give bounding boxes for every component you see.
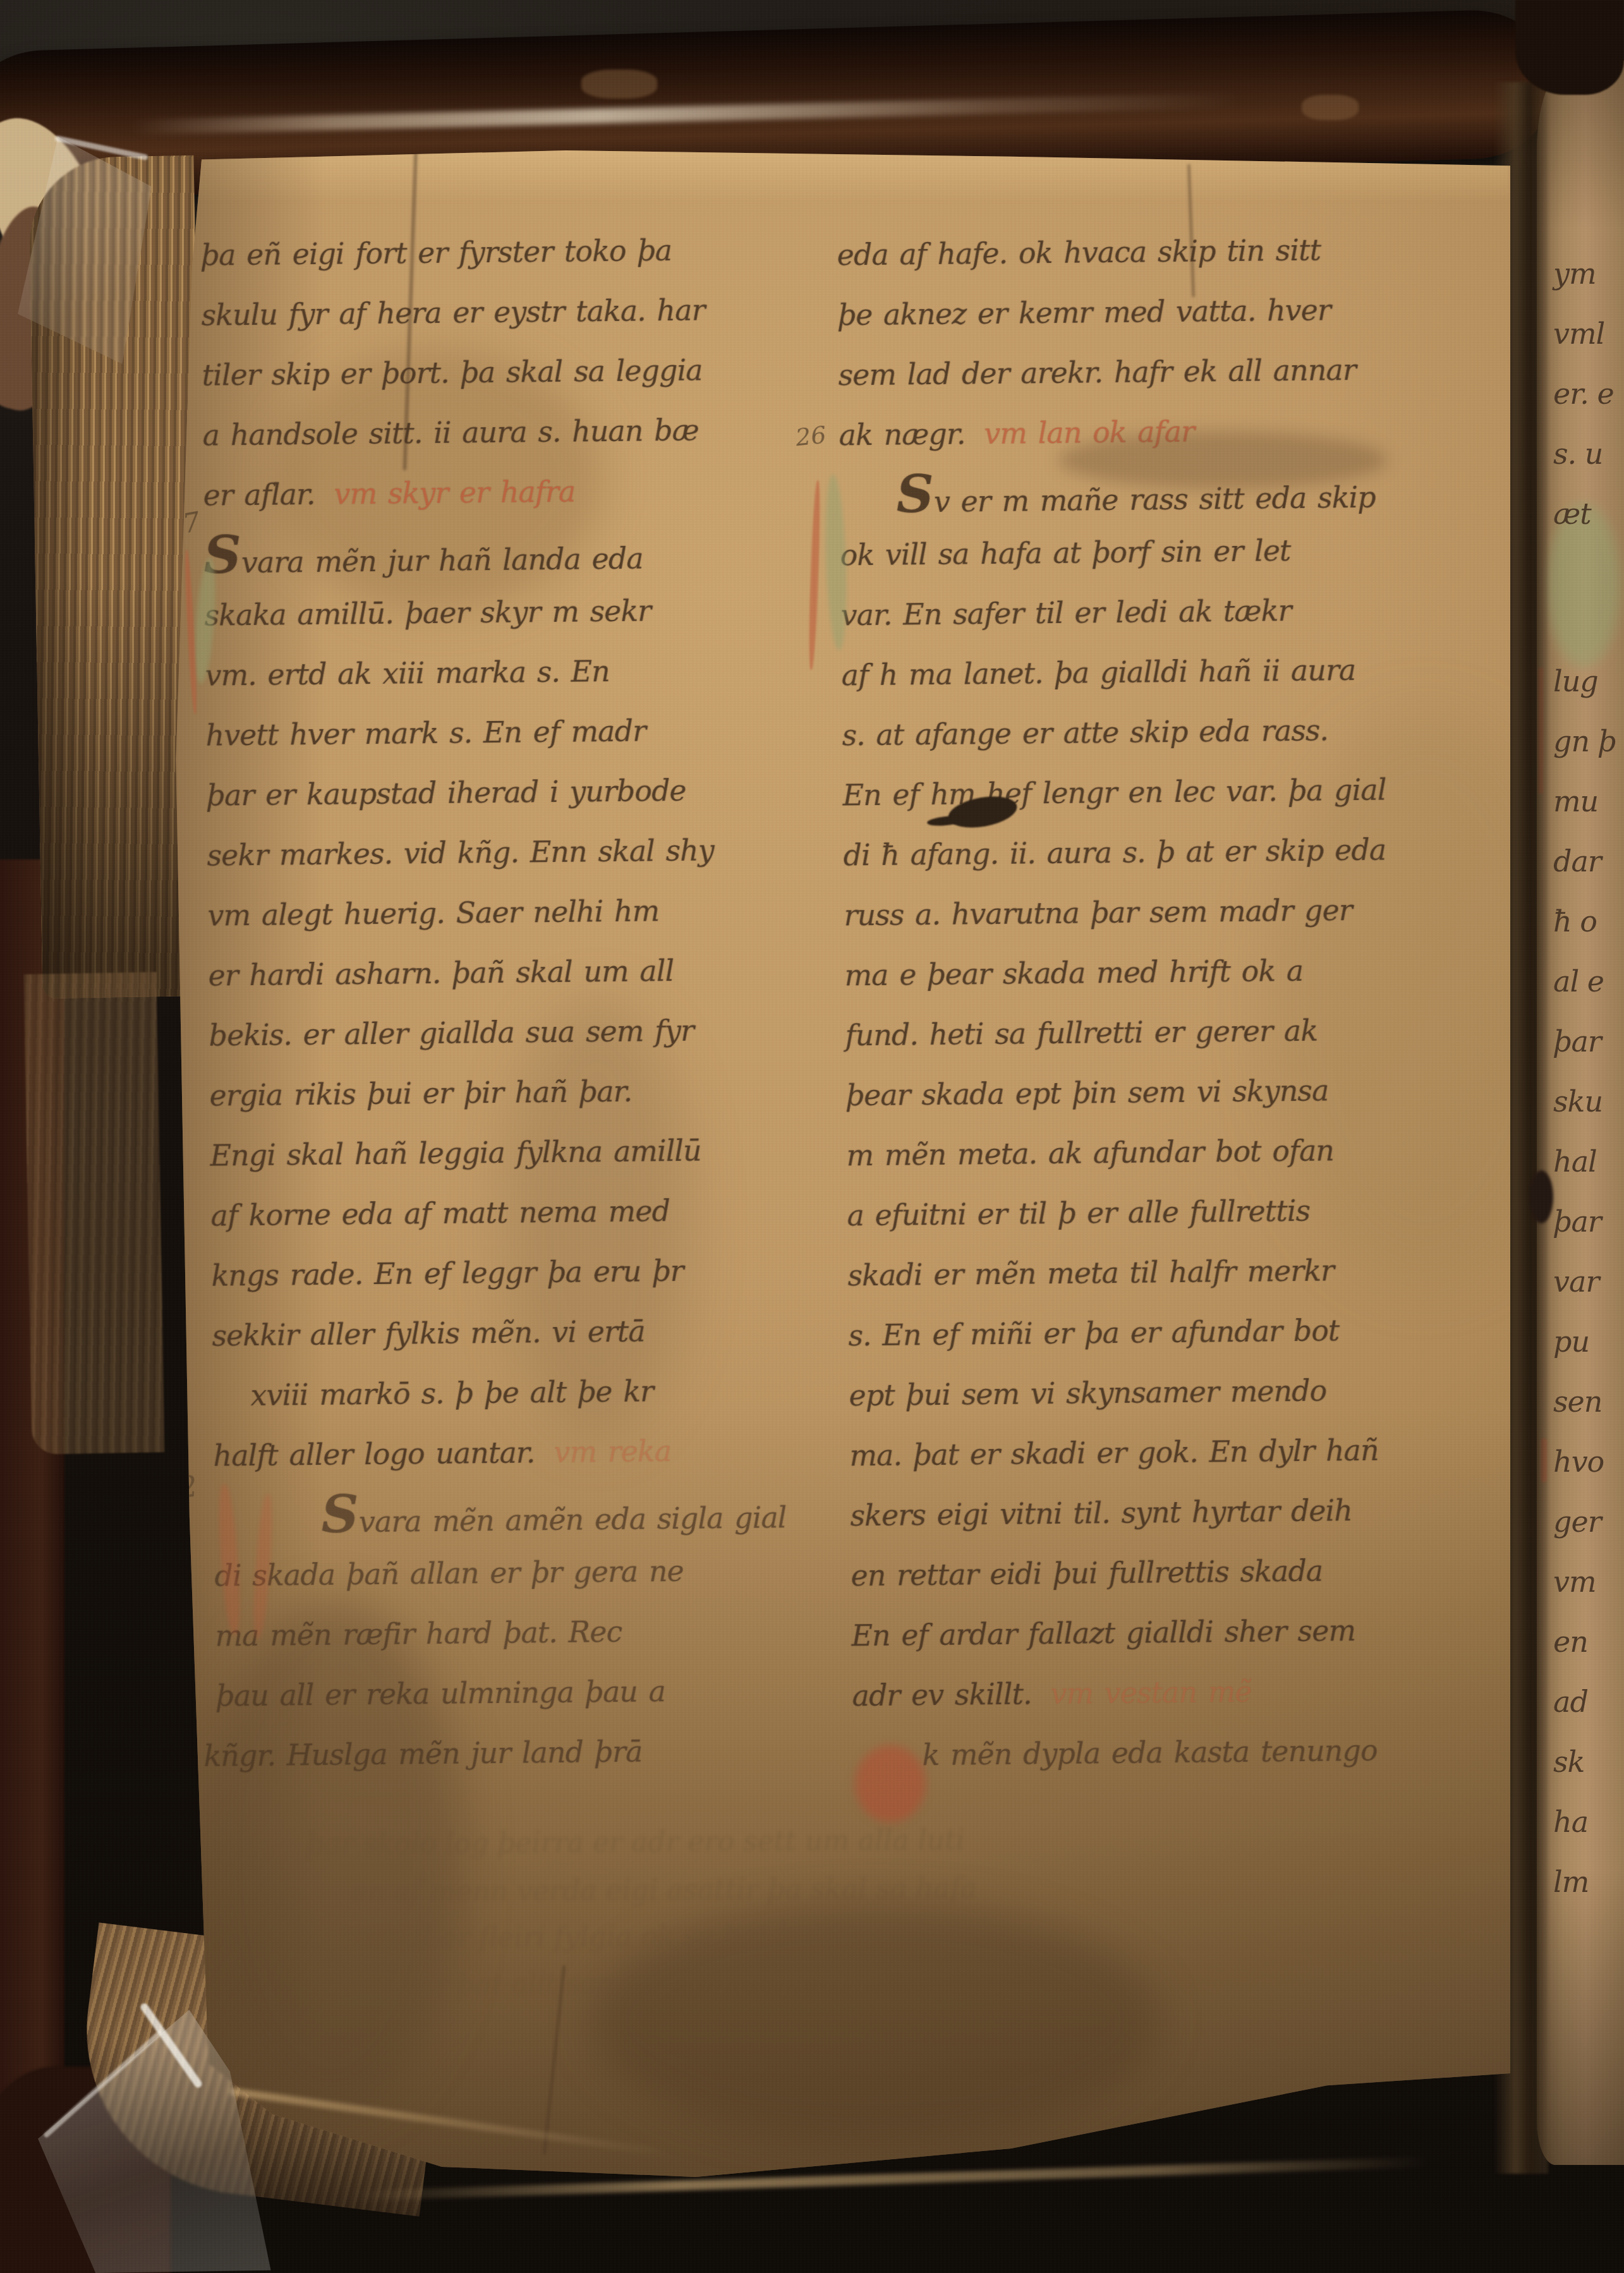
line-ink: skadi er mẽn meta til halfr merkr <box>847 1253 1334 1292</box>
manuscript-line: adr ev skillt.vm vestan mẽ <box>852 1660 1396 1726</box>
line-ink: m mẽn meta. ak afundar bot ofan <box>846 1133 1334 1172</box>
manuscript-line: skaka amillū. þaer skyr m sekr <box>204 579 777 645</box>
manuscript-line: þe aknez er kemr med vatta. hver <box>837 280 1381 346</box>
manuscript-line: ma mẽn ræfir hard þat. Rec <box>215 1600 788 1666</box>
line-ink: þear skada ept þin sem vi skynsa <box>845 1073 1328 1112</box>
line-ink: sem lad der arekr. hafr ek all annar <box>838 353 1356 392</box>
leather-worn-patch <box>581 70 657 99</box>
chapter-start-line: Svara mẽn jur hañ landa eda <box>203 519 777 585</box>
chapter-number-26: 26 <box>794 421 828 452</box>
manuscript-line: en rettar eidi þui fullrettis skada <box>851 1540 1395 1606</box>
line-ink: ma e þear skada med hrift ok a <box>844 954 1303 993</box>
edge-fragment: dar <box>1553 832 1616 892</box>
line-ink: k mẽn dypla eda kasta tenungo <box>922 1733 1378 1773</box>
green-stain <box>1547 503 1620 667</box>
manuscript-line: En ef hm hef lengr en lec var. þa gial <box>842 760 1386 826</box>
edge-fragment: vm <box>1553 1552 1616 1612</box>
manuscript-line: halft aller logo uantar.vm reka <box>213 1420 786 1486</box>
edge-fragment: þar <box>1553 1012 1616 1072</box>
edge-fragment: lug <box>1553 652 1616 712</box>
manuscript-line: di skada þañ allan er þr gera ne <box>214 1540 787 1606</box>
line-ink: a efuitni er til þ er alle fullrettis <box>847 1194 1310 1233</box>
ghost-text-line: þar skolo log þeirra er adr ero sett um … <box>306 1824 965 1860</box>
edge-fragment: pu <box>1553 1312 1616 1372</box>
line-ink: Svara mẽn amẽn eda sigla gial <box>321 1500 786 1539</box>
manuscript-line: hvett hver mark s. En ef madr <box>205 700 779 765</box>
manuscript-line: Engi skal hañ leggia fylkna amillū <box>210 1120 783 1185</box>
manuscript-line: tiler skip er þort. þa skal sa leggia <box>202 339 775 405</box>
edge-fragment: sen <box>1553 1372 1616 1432</box>
line-ink: sekkir aller fylkis mẽn. vi ertā <box>212 1314 645 1353</box>
next-page-sliver: ym vml er. e s. u æt lug gn þ mu dar ħ o… <box>1537 61 1624 2165</box>
line-rubric: vm vestan mẽ <box>1050 1675 1252 1711</box>
edge-fragment: s. u <box>1553 424 1616 484</box>
edge-fragment: gn þ <box>1553 712 1616 772</box>
manuscript-line: skulu fyr af hera er eystr taka. har <box>201 279 774 345</box>
line-rubric: vm reka <box>554 1434 671 1469</box>
line-ink: di ħ afang. ii. aura s. þ at er skip eda <box>843 833 1386 873</box>
line-ink: russ a. hvarutna þar sem madr ger <box>844 893 1352 932</box>
line-ink: a handsole sitt. ii aura s. huan bæ <box>202 413 699 452</box>
edge-fragment: hal <box>1553 1132 1616 1192</box>
manuscript-line: s. at afange er atte skip eda rass. <box>842 700 1386 766</box>
manuscript-line: ept þui sem vi skynsamer mendo <box>849 1360 1393 1426</box>
edge-fragment: en <box>1553 1612 1616 1672</box>
line-ink: En ef hm hef lengr en lec var. þa gial <box>842 773 1386 813</box>
manuscript-line: ma. þat er skadi er gok. En dylr hañ <box>849 1420 1393 1486</box>
line-ink: ak nægr. <box>839 416 965 452</box>
page-stack-edges-lower <box>23 972 164 1455</box>
edge-fragment: er. e <box>1553 364 1616 424</box>
manuscript-line: þa eñ eigi fort er fyrster toko þa <box>200 219 773 285</box>
line-ink: ok vill sa hafa at þorf sin er let <box>840 533 1290 572</box>
line-ink: af korne eda af matt nema med <box>210 1194 670 1233</box>
edge-fragment: sk <box>1553 1732 1616 1792</box>
manuscript-line: þear skada ept þin sem vi skynsa <box>845 1060 1390 1125</box>
edge-fragment: mu <box>1553 772 1616 832</box>
line-ink: s. En ef miñi er þa er afundar bot <box>848 1313 1339 1352</box>
line-ink: vm alegt huerig. Saer nelhi hm <box>207 894 659 932</box>
line-ink: þau all er reka ulmninga þau a <box>215 1674 665 1712</box>
line-ink: ma mẽn ræfir hard þat. Rec <box>215 1615 622 1653</box>
edge-fragment: al e <box>1553 952 1616 1012</box>
leather-worn-patch <box>1302 95 1359 120</box>
line-ink: skaka amillū. þaer skyr m sekr <box>204 593 651 632</box>
manuscript-line: ergia rikis þui er þir hañ þar. <box>209 1060 782 1125</box>
leather-corner-top-right <box>1515 0 1624 95</box>
manuscript-line: af korne eda af matt nema med <box>210 1180 784 1246</box>
line-ink: fund. heti sa fullretti er gerer ak <box>845 1014 1318 1053</box>
edge-fragment: ger <box>1553 1492 1616 1552</box>
manuscript-line: xviii markō s. þ þe alt þe kr <box>212 1360 785 1426</box>
ghost-text-line: ok er þat allt saman i logum þeirra <box>376 1966 867 2001</box>
line-ink: Engi skal hañ leggia fylkna amillū <box>210 1134 701 1173</box>
manuscript-line: s. En ef miñi er þa er afundar bot <box>848 1300 1392 1366</box>
line-ink: xviii markō s. þ þe alt þe kr <box>250 1374 653 1412</box>
line-ink: sekr markes. vid kñg. Enn skal shy <box>207 833 714 872</box>
left-text-column: þa eñ eigi fort er fyrster toko þa skulu… <box>200 219 789 1786</box>
edge-fragment: ha <box>1553 1792 1616 1852</box>
edge-text-fragments: ym vml er. e s. u æt lug gn þ mu dar ħ o… <box>1553 244 1616 1912</box>
manuscript-line: ok vill sa hafa at þorf sin er let <box>840 520 1384 586</box>
line-ink: en rettar eidi þui fullrettis skada <box>851 1554 1323 1593</box>
ghost-text-line: en ef menn verda eigi asattir þa skal sa… <box>351 1872 977 1909</box>
manuscript-line: þau all er reka ulmninga þau a <box>215 1660 789 1726</box>
edge-fragment: var <box>1553 1252 1616 1312</box>
line-ink: adr ev skillt. <box>852 1676 1032 1712</box>
manuscript-line: bekis. er aller giallda sua sem fyr <box>209 1000 782 1065</box>
red-ink-blot <box>855 1745 926 1822</box>
red-initial-flourish <box>808 480 821 670</box>
line-ink: er aflar. <box>203 477 315 512</box>
line-ink: þe aknez er kemr med vatta. hver <box>837 293 1331 332</box>
manuscript-line: a handsole sitt. ii aura s. huan bæ <box>202 399 775 465</box>
edge-fragment: sku <box>1553 1072 1616 1132</box>
manuscript-line: var. En safer til er ledi ak tækr <box>840 580 1385 646</box>
manuscript-line: di ħ afang. ii. aura s. þ at er skip eda <box>843 820 1387 886</box>
manuscript-line: kñgr. Huslga mẽn jur land þrā <box>203 1720 789 1786</box>
manuscript-line: fund. heti sa fullretti er gerer ak <box>845 1000 1389 1065</box>
edge-fragment: þar <box>1553 1192 1616 1252</box>
edge-fragment: ħ o <box>1553 892 1616 952</box>
line-ink: vm. ertd ak xiii marka s. En <box>205 654 610 693</box>
manuscript-line: k mẽn dypla eda kasta tenungo <box>852 1720 1397 1786</box>
manuscript-line: m mẽn meta. ak afundar bot ofan <box>846 1120 1390 1185</box>
line-ink: bekis. er aller giallda sua sem fyr <box>209 1014 694 1053</box>
line-ink: eda af hafe. ok hvaca skip tin sitt <box>837 233 1321 272</box>
manuscript-line: er aflar.vm skyr er hafra <box>203 459 776 525</box>
brown-smudge <box>1058 431 1387 489</box>
line-ink: hvett hver mark s. En ef madr <box>205 713 646 752</box>
line-ink: af h ma lanet. þa gialldi hañ ii aura <box>841 653 1355 693</box>
line-ink: ma. þat er skadi er gok. En dylr hañ <box>849 1433 1379 1473</box>
manuscript-line: vm. ertd ak xiii marka s. En <box>205 639 778 705</box>
manuscript-line: skers eigi vitni til. synt hyrtar deih <box>850 1480 1394 1546</box>
edge-fragment: ad <box>1553 1672 1616 1732</box>
edge-fragment: æt <box>1553 484 1616 544</box>
line-ink: skulu fyr af hera er eystr taka. har <box>201 293 705 332</box>
ghost-text-line: sitt mal er fleiri fylgia ok se þat hald… <box>325 1919 859 1955</box>
manuscript-line: sekkir aller fylkis mẽn. vi ertā <box>212 1300 785 1366</box>
manuscript-line: a efuitni er til þ er alle fullrettis <box>847 1180 1391 1246</box>
line-ink: Svara mẽn jur hañ landa eda <box>203 542 643 580</box>
manuscript-line: af h ma lanet. þa gialldi hañ ii aura <box>841 640 1385 706</box>
line-ink: halft aller logo uantar. <box>213 1435 535 1472</box>
line-ink: Sv er m mañe rass sitt eda skip <box>896 480 1375 519</box>
gutter-knot-hole <box>1529 1170 1553 1223</box>
line-ink: skers eigi vitni til. synt hyrtar deih <box>850 1493 1352 1532</box>
edge-fragment: lm <box>1553 1852 1616 1912</box>
manuscript-line: ma e þear skada med hrift ok a <box>844 940 1388 1006</box>
manuscript-line: sem lad der arekr. hafr ek all annar <box>838 340 1382 406</box>
line-ink: di skada þañ allan er þr gera ne <box>214 1554 684 1593</box>
edge-fragment: hvo <box>1553 1432 1616 1492</box>
line-ink: tiler skip er þort. þa skal sa leggia <box>202 353 703 392</box>
line-ink: þa eñ eigi fort er fyrster toko þa <box>200 233 672 272</box>
line-ink: kngs rade. En ef leggr þa eru þr <box>211 1254 684 1293</box>
manuscript-line: þar er kaupstad iherad i yurbode <box>206 760 779 825</box>
manuscript-line: er hardi asharn. þañ skal um all <box>208 940 781 1005</box>
line-rubric: vm skyr er hafra <box>334 475 575 511</box>
manuscript-line: kngs rade. En ef leggr þa eru þr <box>211 1240 784 1306</box>
manuscript-page: þa eñ eigi fort er fyrster toko þa skulu… <box>161 145 1510 2177</box>
line-ink: kñgr. Huslga mẽn jur land þrā <box>203 1735 642 1773</box>
line-ink: var. En safer til er ledi ak tækr <box>840 593 1291 632</box>
manuscript-line: En ef ardar fallazt gialldi sher sem <box>851 1600 1395 1666</box>
manuscript-line: sekr markes. vid kñg. Enn skal shy <box>207 820 780 885</box>
manuscript-photo-scene: ym vml er. e s. u æt lug gn þ mu dar ħ o… <box>0 0 1624 2273</box>
line-ink: er hardi asharn. þañ skal um all <box>208 954 674 993</box>
manuscript-line: skadi er mẽn meta til halfr merkr <box>847 1240 1391 1306</box>
edge-fragment: vml <box>1553 304 1616 364</box>
manuscript-line: russ a. hvarutna þar sem madr ger <box>844 880 1388 946</box>
line-ink: ept þui sem vi skynsamer mendo <box>849 1374 1326 1413</box>
line-ink: En ef ardar fallazt gialldi sher sem <box>851 1613 1355 1652</box>
manuscript-line: eda af hafe. ok hvaca skip tin sitt <box>837 220 1381 286</box>
line-ink: s. at afange er atte skip eda rass. <box>842 713 1328 752</box>
line-ink: þar er kaupstad iherad i yurbode <box>206 773 686 813</box>
edge-fragment: ym <box>1553 244 1616 304</box>
line-ink: ergia rikis þui er þir hañ þar. <box>209 1074 632 1113</box>
chapter-start-line: Svara mẽn amẽn eda sigla gial <box>214 1480 787 1546</box>
manuscript-line: vm alegt huerig. Saer nelhi hm <box>207 880 780 945</box>
